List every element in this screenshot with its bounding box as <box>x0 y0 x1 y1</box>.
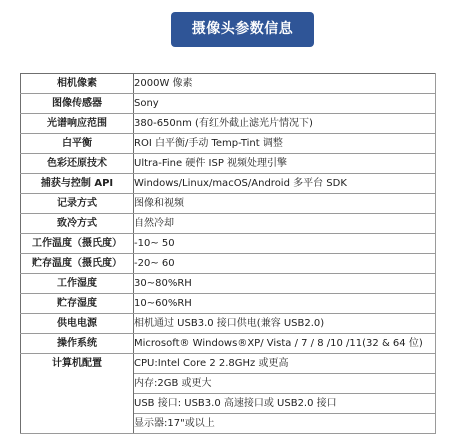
table-row: 记录方式图像和视频 <box>21 194 436 214</box>
spec-value: 30~80%RH <box>134 274 436 294</box>
spec-value-display: 显示器:17"或以上 <box>134 414 436 434</box>
spec-value: 自然冷却 <box>134 214 436 234</box>
spec-value: -10~ 50 <box>134 234 436 254</box>
spec-label: 工作湿度 <box>21 274 134 294</box>
spec-table: 相机像素2000W 像素 图像传感器Sony 光谱响应范围380-650nm (… <box>20 73 436 434</box>
spec-label: 捕获与控制 API <box>21 174 134 194</box>
spec-value-memory: 内存:2GB 或更大 <box>134 374 436 394</box>
table-row: 操作系统Microsoft® Windows®XP/ Vista / 7 / 8… <box>21 334 436 354</box>
spec-label: 贮存温度（摄氏度） <box>21 254 134 274</box>
spec-value: 2000W 像素 <box>134 74 436 94</box>
spec-label: 图像传感器 <box>21 94 134 114</box>
spec-value: -20~ 60 <box>134 254 436 274</box>
spec-value: 相机通过 USB3.0 接口供电(兼容 USB2.0) <box>134 314 436 334</box>
spec-value: 10~60%RH <box>134 294 436 314</box>
spec-value: Windows/Linux/macOS/Android 多平台 SDK <box>134 174 436 194</box>
table-row: 相机像素2000W 像素 <box>21 74 436 94</box>
spec-label: 白平衡 <box>21 134 134 154</box>
table-row: 工作温度（摄氏度） -10~ 50 <box>21 234 436 254</box>
spec-label: 致冷方式 <box>21 214 134 234</box>
table-row: 图像传感器Sony <box>21 94 436 114</box>
table-row: 致冷方式自然冷却 <box>21 214 436 234</box>
spec-label-computer: 计算机配置 <box>21 354 134 434</box>
spec-label: 色彩还原技术 <box>21 154 134 174</box>
table-row: 贮存温度（摄氏度） -20~ 60 <box>21 254 436 274</box>
table-row: 贮存湿度10~60%RH <box>21 294 436 314</box>
spec-label: 光谱响应范围 <box>21 114 134 134</box>
table-row: 供电电源相机通过 USB3.0 接口供电(兼容 USB2.0) <box>21 314 436 334</box>
spec-value-cpu: CPU:Intel Core 2 2.8GHz 或更高 <box>134 354 436 374</box>
spec-label: 操作系统 <box>21 334 134 354</box>
table-row: 工作湿度30~80%RH <box>21 274 436 294</box>
table-row: 色彩还原技术Ultra-Fine 硬件 ISP 视频处理引擎 <box>21 154 436 174</box>
spec-value-usb: USB 接口: USB3.0 高速接口或 USB2.0 接口 <box>134 394 436 414</box>
spec-value: 图像和视频 <box>134 194 436 214</box>
table-row: 白平衡ROI 白平衡/手动 Temp-Tint 调整 <box>21 134 436 154</box>
spec-value: Sony <box>134 94 436 114</box>
page-title-badge: 摄像头参数信息 <box>171 12 314 47</box>
spec-label: 供电电源 <box>21 314 134 334</box>
spec-label: 相机像素 <box>21 74 134 94</box>
table-row: 光谱响应范围380-650nm (有红外截止滤光片情况下) <box>21 114 436 134</box>
spec-value: Ultra-Fine 硬件 ISP 视频处理引擎 <box>134 154 436 174</box>
spec-label: 贮存湿度 <box>21 294 134 314</box>
spec-value: 380-650nm (有红外截止滤光片情况下) <box>134 114 436 134</box>
spec-label: 记录方式 <box>21 194 134 214</box>
table-row: 计算机配置 CPU:Intel Core 2 2.8GHz 或更高 <box>21 354 436 374</box>
spec-label: 工作温度（摄氏度） <box>21 234 134 254</box>
table-row: 捕获与控制 APIWindows/Linux/macOS/Android 多平台… <box>21 174 436 194</box>
spec-value: ROI 白平衡/手动 Temp-Tint 调整 <box>134 134 436 154</box>
spec-value: Microsoft® Windows®XP/ Vista / 7 / 8 /10… <box>134 334 436 354</box>
